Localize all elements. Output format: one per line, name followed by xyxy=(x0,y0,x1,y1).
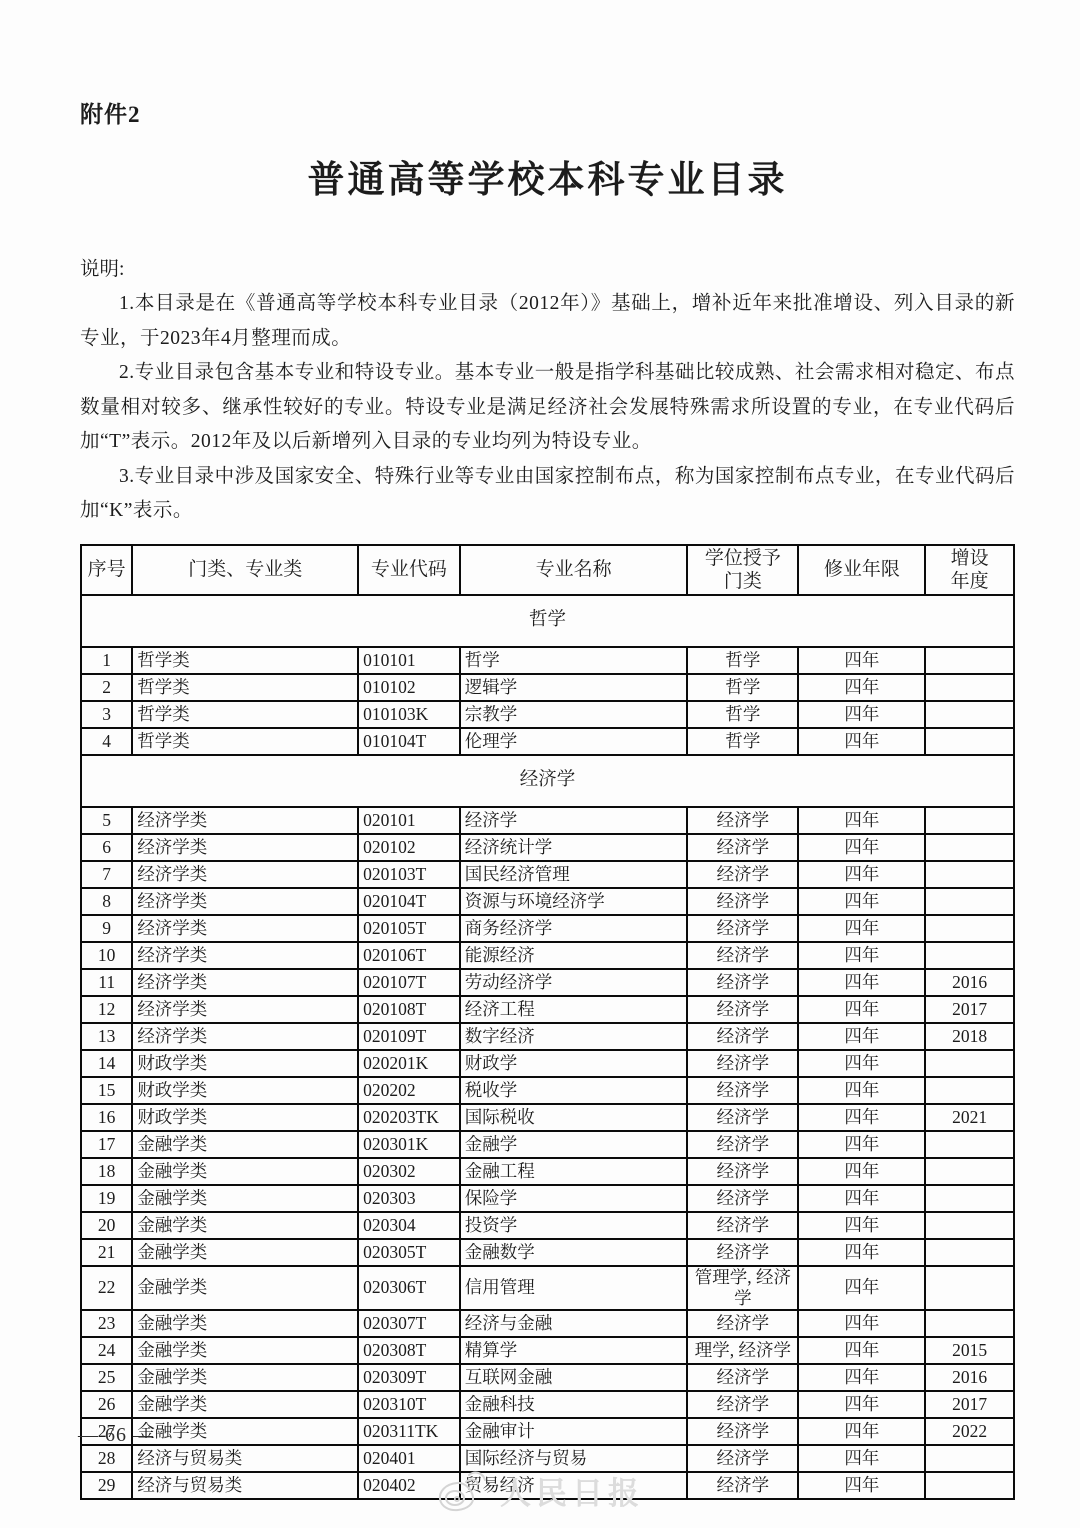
cell-year-added xyxy=(925,888,1014,915)
cell-major-name: 财政学 xyxy=(460,1050,688,1077)
cell-category: 哲学类 xyxy=(132,728,358,755)
cell-major-name: 伦理学 xyxy=(460,728,688,755)
cell-degree-category: 经济学 xyxy=(687,1104,798,1131)
cell-code: 010102 xyxy=(358,674,460,701)
cell-year-added xyxy=(925,1050,1014,1077)
cell-major-name: 能源经济 xyxy=(460,942,688,969)
table-row: 25金融学类020309T互联网金融经济学四年2016 xyxy=(81,1364,1014,1391)
attachment-label: 附件2 xyxy=(80,96,1015,129)
cell-code: 020103T xyxy=(358,861,460,888)
cell-category: 哲学类 xyxy=(132,647,358,674)
cell-major-name: 税收学 xyxy=(460,1077,688,1104)
cell-duration: 四年 xyxy=(798,1239,925,1266)
cell-major-name: 经济学 xyxy=(460,807,688,834)
cell-major-name: 精算学 xyxy=(460,1337,688,1364)
table-row: 11经济学类020107T劳动经济学经济学四年2016 xyxy=(81,969,1014,996)
cell-code: 020202 xyxy=(358,1077,460,1104)
cell-year-added xyxy=(925,807,1014,834)
cell-code: 020201K xyxy=(358,1050,460,1077)
cell-major-name: 保险学 xyxy=(460,1185,688,1212)
section-name: 哲学 xyxy=(81,595,1014,647)
cell-year-added: 2018 xyxy=(925,1023,1014,1050)
cell-major-name: 经济工程 xyxy=(460,996,688,1023)
cell-category: 财政学类 xyxy=(132,1050,358,1077)
cell-major-name: 金融科技 xyxy=(460,1391,688,1418)
cell-number: 3 xyxy=(81,701,132,728)
cell-duration: 四年 xyxy=(798,1104,925,1131)
cell-degree-category: 经济学 xyxy=(687,1364,798,1391)
table-row: 26金融学类020310T金融科技经济学四年2017 xyxy=(81,1391,1014,1418)
cell-year-added xyxy=(925,1239,1014,1266)
col-header-category: 门类、专业类 xyxy=(132,545,358,595)
watermark: 人民日报 xyxy=(0,1468,1080,1513)
cell-category: 哲学类 xyxy=(132,674,358,701)
cell-major-name: 经济与金融 xyxy=(460,1310,688,1337)
cell-year-added: 2017 xyxy=(925,996,1014,1023)
cell-major-name: 数字经济 xyxy=(460,1023,688,1050)
cell-degree-category: 经济学 xyxy=(687,1077,798,1104)
cell-code: 020308T xyxy=(358,1337,460,1364)
cell-number: 12 xyxy=(81,996,132,1023)
cell-duration: 四年 xyxy=(798,674,925,701)
col-header-duration: 修业年限 xyxy=(798,545,925,595)
col-header-code: 专业代码 xyxy=(358,545,460,595)
cell-number: 10 xyxy=(81,942,132,969)
cell-category: 金融学类 xyxy=(132,1310,358,1337)
document-page: 附件2 普通高等学校本科专业目录 说明: 1.本目录是在《普通高等学校本科专业目… xyxy=(0,0,1080,1528)
cell-code: 010104T xyxy=(358,728,460,755)
cell-duration: 四年 xyxy=(798,1077,925,1104)
cell-degree-category: 哲学 xyxy=(687,674,798,701)
cell-number: 26 xyxy=(81,1391,132,1418)
cell-code: 020309T xyxy=(358,1364,460,1391)
cell-year-added: 2015 xyxy=(925,1337,1014,1364)
cell-major-name: 金融审计 xyxy=(460,1418,688,1445)
cell-degree-category: 经济学 xyxy=(687,1212,798,1239)
cell-duration: 四年 xyxy=(798,915,925,942)
table-row: 15财政学类020202税收学经济学四年 xyxy=(81,1077,1014,1104)
cell-duration: 四年 xyxy=(798,1364,925,1391)
cell-degree-category: 哲学 xyxy=(687,701,798,728)
cell-degree-category: 经济学 xyxy=(687,969,798,996)
cell-number: 5 xyxy=(81,807,132,834)
cell-degree-category: 经济学 xyxy=(687,1310,798,1337)
cell-category: 哲学类 xyxy=(132,701,358,728)
cell-category: 财政学类 xyxy=(132,1077,358,1104)
majors-catalog-table: 序号 门类、专业类 专业代码 专业名称 学位授予 门类 修业年限 增设 年度 哲… xyxy=(80,544,1015,1500)
cell-number: 21 xyxy=(81,1239,132,1266)
cell-code: 020305T xyxy=(358,1239,460,1266)
notes-section: 说明: 1.本目录是在《普通高等学校本科专业目录（2012年）》基础上，增补近年… xyxy=(80,253,1015,529)
cell-category: 金融学类 xyxy=(132,1266,358,1310)
table-row: 5经济学类020101经济学经济学四年 xyxy=(81,807,1014,834)
cell-number: 24 xyxy=(81,1337,132,1364)
table-row: 1哲学类010101哲学哲学四年 xyxy=(81,647,1014,674)
cell-year-added xyxy=(925,1077,1014,1104)
cell-year-added: 2022 xyxy=(925,1418,1014,1445)
cell-code: 020105T xyxy=(358,915,460,942)
cell-duration: 四年 xyxy=(798,647,925,674)
cell-category: 金融学类 xyxy=(132,1185,358,1212)
cell-duration: 四年 xyxy=(798,1266,925,1310)
page-title: 普通高等学校本科专业目录 xyxy=(80,149,1015,203)
cell-year-added xyxy=(925,1185,1014,1212)
cell-year-added xyxy=(925,1131,1014,1158)
cell-year-added xyxy=(925,861,1014,888)
watermark-text: 人民日报 xyxy=(500,1468,644,1513)
cell-number: 15 xyxy=(81,1077,132,1104)
cell-number: 6 xyxy=(81,834,132,861)
cell-number: 14 xyxy=(81,1050,132,1077)
cell-degree-category: 经济学 xyxy=(687,996,798,1023)
cell-category: 经济学类 xyxy=(132,942,358,969)
cell-year-added: 2021 xyxy=(925,1104,1014,1131)
cell-major-name: 国民经济管理 xyxy=(460,861,688,888)
cell-major-name: 信用管理 xyxy=(460,1266,688,1310)
cell-code: 020109T xyxy=(358,1023,460,1050)
cell-number: 4 xyxy=(81,728,132,755)
table-row: 3哲学类010103K宗教学哲学四年 xyxy=(81,701,1014,728)
cell-number: 1 xyxy=(81,647,132,674)
cell-degree-category: 经济学 xyxy=(687,834,798,861)
cell-major-name: 逻辑学 xyxy=(460,674,688,701)
cell-category: 经济学类 xyxy=(132,807,358,834)
cell-duration: 四年 xyxy=(798,1212,925,1239)
cell-number: 7 xyxy=(81,861,132,888)
cell-major-name: 商务经济学 xyxy=(460,915,688,942)
cell-major-name: 哲学 xyxy=(460,647,688,674)
cell-duration: 四年 xyxy=(798,1023,925,1050)
cell-major-name: 资源与环境经济学 xyxy=(460,888,688,915)
cell-major-name: 宗教学 xyxy=(460,701,688,728)
cell-degree-category: 经济学 xyxy=(687,1023,798,1050)
cell-category: 金融学类 xyxy=(132,1131,358,1158)
cell-degree-category: 管理学, 经济学 xyxy=(687,1266,798,1310)
cell-major-name: 金融学 xyxy=(460,1131,688,1158)
cell-degree-category: 经济学 xyxy=(687,1131,798,1158)
table-row: 8经济学类020104T资源与环境经济学经济学四年 xyxy=(81,888,1014,915)
cell-degree-category: 经济学 xyxy=(687,1391,798,1418)
cell-duration: 四年 xyxy=(798,1337,925,1364)
col-header-number: 序号 xyxy=(81,545,132,595)
cell-duration: 四年 xyxy=(798,1158,925,1185)
table-row: 24金融学类020308T精算学理学, 经济学四年2015 xyxy=(81,1337,1014,1364)
cell-code: 020104T xyxy=(358,888,460,915)
cell-major-name: 投资学 xyxy=(460,1212,688,1239)
cell-duration: 四年 xyxy=(798,1391,925,1418)
table-row: 9经济学类020105T商务经济学经济学四年 xyxy=(81,915,1014,942)
cell-degree-category: 经济学 xyxy=(687,861,798,888)
table-row: 23金融学类020307T经济与金融经济学四年 xyxy=(81,1310,1014,1337)
cell-year-added: 2016 xyxy=(925,969,1014,996)
section-name: 经济学 xyxy=(81,755,1014,807)
page-number: — 66 — xyxy=(78,1424,154,1447)
table-row: 14财政学类020201K财政学经济学四年 xyxy=(81,1050,1014,1077)
cell-number: 18 xyxy=(81,1158,132,1185)
cell-year-added xyxy=(925,915,1014,942)
cell-degree-category: 经济学 xyxy=(687,888,798,915)
cell-category: 金融学类 xyxy=(132,1158,358,1185)
cell-major-name: 金融工程 xyxy=(460,1158,688,1185)
cell-code: 020301K xyxy=(358,1131,460,1158)
cell-duration: 四年 xyxy=(798,728,925,755)
cell-duration: 四年 xyxy=(798,861,925,888)
cell-code: 020311TK xyxy=(358,1418,460,1445)
cell-code: 020106T xyxy=(358,942,460,969)
cell-degree-category: 经济学 xyxy=(687,1239,798,1266)
cell-degree-category: 经济学 xyxy=(687,1418,798,1445)
cell-code: 020302 xyxy=(358,1158,460,1185)
col-header-major-name: 专业名称 xyxy=(460,545,688,595)
table-row: 4哲学类010104T伦理学哲学四年 xyxy=(81,728,1014,755)
table-row: 16财政学类020203TK国际税收经济学四年2021 xyxy=(81,1104,1014,1131)
section-row: 哲学 xyxy=(81,595,1014,647)
cell-category: 财政学类 xyxy=(132,1104,358,1131)
cell-code: 020307T xyxy=(358,1310,460,1337)
cell-year-added: 2017 xyxy=(925,1391,1014,1418)
note-paragraph-1: 1.本目录是在《普通高等学校本科专业目录（2012年）》基础上，增补近年来批准增… xyxy=(80,287,1015,356)
cell-duration: 四年 xyxy=(798,701,925,728)
cell-code: 010103K xyxy=(358,701,460,728)
cell-category: 经济学类 xyxy=(132,996,358,1023)
table-row: 17金融学类020301K金融学经济学四年 xyxy=(81,1131,1014,1158)
cell-duration: 四年 xyxy=(798,1050,925,1077)
cell-category: 经济学类 xyxy=(132,861,358,888)
cell-year-added xyxy=(925,728,1014,755)
cell-duration: 四年 xyxy=(798,834,925,861)
cell-year-added xyxy=(925,674,1014,701)
cell-year-added: 2016 xyxy=(925,1364,1014,1391)
cell-number: 13 xyxy=(81,1023,132,1050)
cell-degree-category: 经济学 xyxy=(687,942,798,969)
cell-code: 020102 xyxy=(358,834,460,861)
cell-year-added xyxy=(925,701,1014,728)
cell-category: 金融学类 xyxy=(132,1239,358,1266)
table-row: 12经济学类020108T经济工程经济学四年2017 xyxy=(81,996,1014,1023)
cell-major-name: 国际税收 xyxy=(460,1104,688,1131)
cell-number: 8 xyxy=(81,888,132,915)
col-header-year-added: 增设 年度 xyxy=(925,545,1014,595)
cell-code: 020101 xyxy=(358,807,460,834)
cell-category: 金融学类 xyxy=(132,1212,358,1239)
table-row: 7经济学类020103T国民经济管理经济学四年 xyxy=(81,861,1014,888)
table-header-row: 序号 门类、专业类 专业代码 专业名称 学位授予 门类 修业年限 增设 年度 xyxy=(81,545,1014,595)
notes-heading: 说明: xyxy=(80,253,1015,287)
cell-duration: 四年 xyxy=(798,996,925,1023)
table-row: 18金融学类020302金融工程经济学四年 xyxy=(81,1158,1014,1185)
cell-degree-category: 经济学 xyxy=(687,915,798,942)
cell-category: 经济学类 xyxy=(132,969,358,996)
cell-category: 金融学类 xyxy=(132,1364,358,1391)
cell-duration: 四年 xyxy=(798,807,925,834)
cell-category: 金融学类 xyxy=(132,1337,358,1364)
cell-code: 020310T xyxy=(358,1391,460,1418)
weibo-logo-icon xyxy=(436,1469,488,1513)
cell-year-added xyxy=(925,1310,1014,1337)
cell-duration: 四年 xyxy=(798,1131,925,1158)
table-row: 27金融学类020311TK金融审计经济学四年2022 xyxy=(81,1418,1014,1445)
cell-year-added xyxy=(925,1158,1014,1185)
cell-code: 010101 xyxy=(358,647,460,674)
cell-code: 020107T xyxy=(358,969,460,996)
cell-category: 经济学类 xyxy=(132,915,358,942)
cell-duration: 四年 xyxy=(798,888,925,915)
cell-number: 25 xyxy=(81,1364,132,1391)
cell-number: 11 xyxy=(81,969,132,996)
section-row: 经济学 xyxy=(81,755,1014,807)
cell-category: 经济学类 xyxy=(132,888,358,915)
cell-code: 020203TK xyxy=(358,1104,460,1131)
table-row: 19金融学类020303保险学经济学四年 xyxy=(81,1185,1014,1212)
cell-degree-category: 哲学 xyxy=(687,728,798,755)
cell-number: 23 xyxy=(81,1310,132,1337)
cell-degree-category: 哲学 xyxy=(687,647,798,674)
cell-major-name: 互联网金融 xyxy=(460,1364,688,1391)
table-row: 21金融学类020305T金融数学经济学四年 xyxy=(81,1239,1014,1266)
cell-year-added xyxy=(925,647,1014,674)
cell-category: 金融学类 xyxy=(132,1391,358,1418)
cell-code: 020304 xyxy=(358,1212,460,1239)
cell-code: 020306T xyxy=(358,1266,460,1310)
cell-year-added xyxy=(925,1266,1014,1310)
cell-duration: 四年 xyxy=(798,1418,925,1445)
col-header-degree-category: 学位授予 门类 xyxy=(687,545,798,595)
cell-degree-category: 经济学 xyxy=(687,1158,798,1185)
cell-year-added xyxy=(925,834,1014,861)
note-paragraph-3: 3.专业目录中涉及国家安全、特殊行业等专业由国家控制布点，称为国家控制布点专业，… xyxy=(80,460,1015,529)
cell-year-added xyxy=(925,942,1014,969)
cell-degree-category: 理学, 经济学 xyxy=(687,1337,798,1364)
cell-number: 19 xyxy=(81,1185,132,1212)
note-paragraph-2: 2.专业目录包含基本专业和特设专业。基本专业一般是指学科基础比较成熟、社会需求相… xyxy=(80,356,1015,460)
cell-number: 22 xyxy=(81,1266,132,1310)
cell-number: 9 xyxy=(81,915,132,942)
table-row: 22金融学类020306T信用管理管理学, 经济学四年 xyxy=(81,1266,1014,1310)
cell-code: 020303 xyxy=(358,1185,460,1212)
cell-duration: 四年 xyxy=(798,1185,925,1212)
cell-duration: 四年 xyxy=(798,969,925,996)
cell-year-added xyxy=(925,1212,1014,1239)
table-row: 2哲学类010102逻辑学哲学四年 xyxy=(81,674,1014,701)
cell-code: 020108T xyxy=(358,996,460,1023)
cell-category: 金融学类 xyxy=(132,1418,358,1445)
cell-duration: 四年 xyxy=(798,1310,925,1337)
table-row: 20金融学类020304投资学经济学四年 xyxy=(81,1212,1014,1239)
table-row: 10经济学类020106T能源经济经济学四年 xyxy=(81,942,1014,969)
cell-category: 经济学类 xyxy=(132,834,358,861)
cell-duration: 四年 xyxy=(798,942,925,969)
cell-major-name: 金融数学 xyxy=(460,1239,688,1266)
cell-number: 20 xyxy=(81,1212,132,1239)
cell-major-name: 劳动经济学 xyxy=(460,969,688,996)
table-row: 6经济学类020102经济统计学经济学四年 xyxy=(81,834,1014,861)
cell-number: 17 xyxy=(81,1131,132,1158)
cell-number: 2 xyxy=(81,674,132,701)
table-row: 13经济学类020109T数字经济经济学四年2018 xyxy=(81,1023,1014,1050)
cell-degree-category: 经济学 xyxy=(687,1185,798,1212)
cell-category: 经济学类 xyxy=(132,1023,358,1050)
cell-degree-category: 经济学 xyxy=(687,1050,798,1077)
cell-number: 16 xyxy=(81,1104,132,1131)
cell-major-name: 经济统计学 xyxy=(460,834,688,861)
cell-degree-category: 经济学 xyxy=(687,807,798,834)
